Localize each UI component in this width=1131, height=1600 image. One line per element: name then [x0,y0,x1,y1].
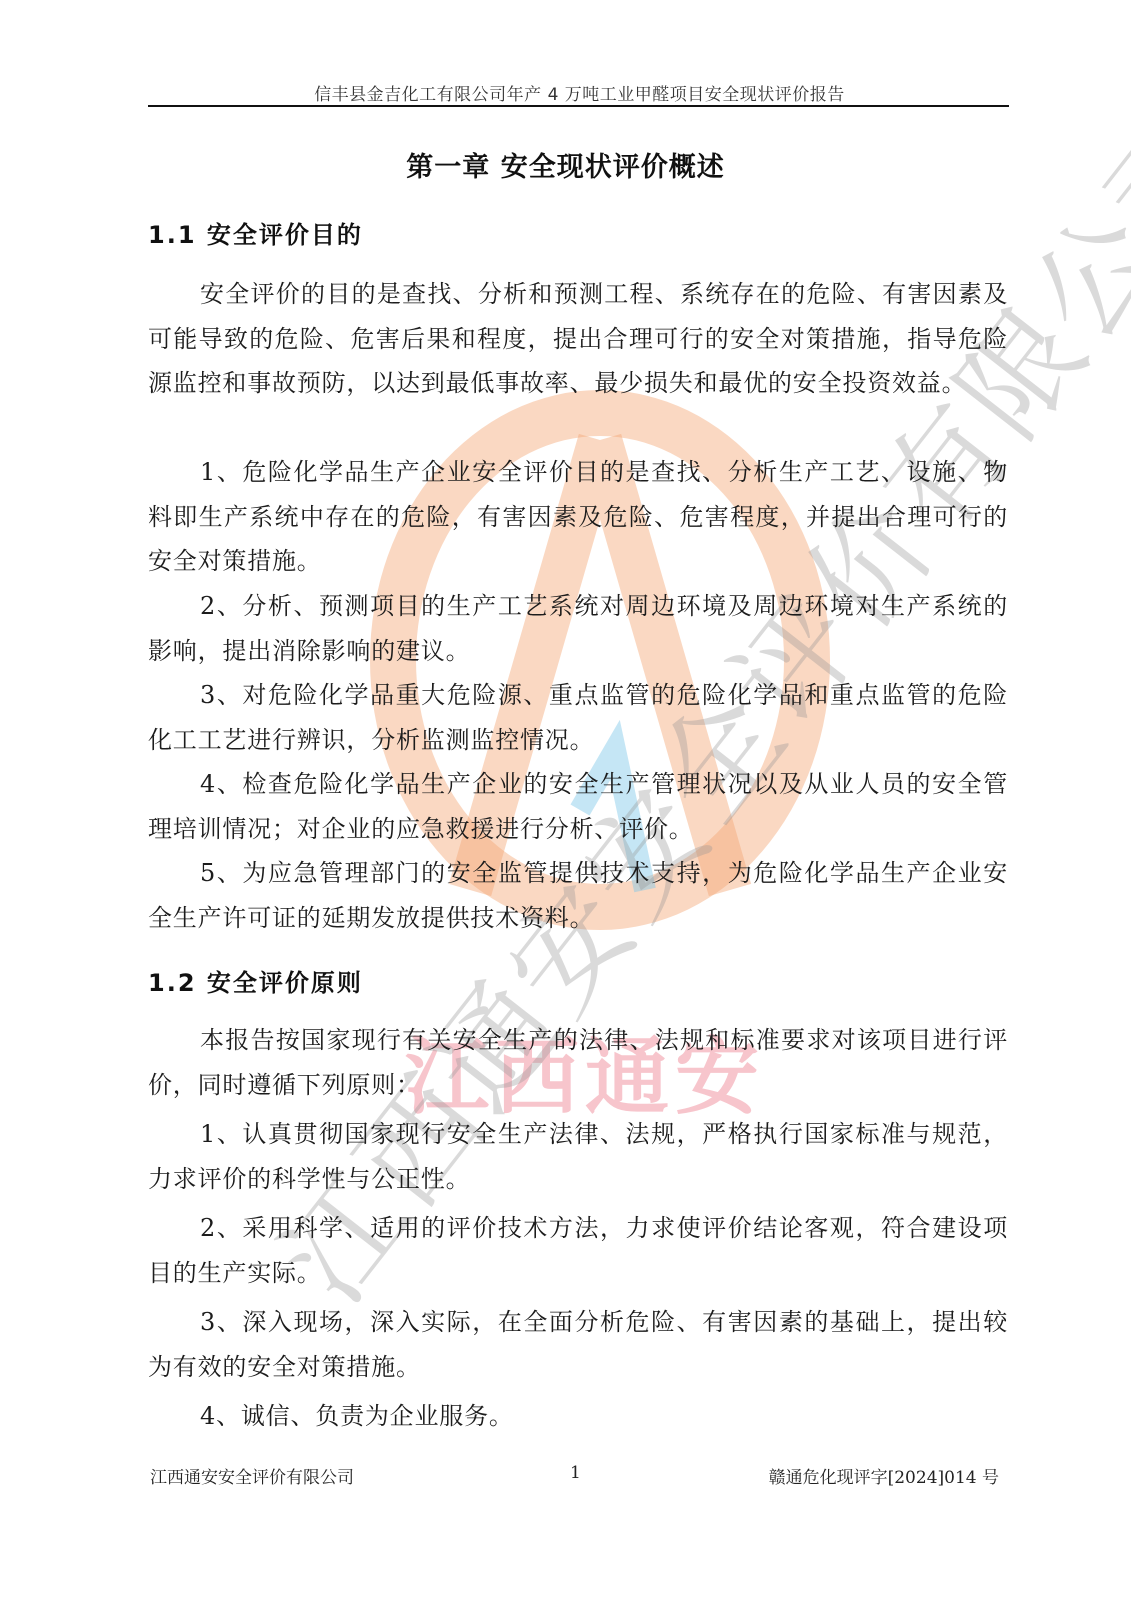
paragraph: 3、对危险化学品重大危险源、重点监管的危险化学品和重点监管的危险化工工艺进行辨识… [148,673,1008,762]
paragraph: 5、为应急管理部门的安全监管提供技术支持，为危险化学品生产企业安全生产许可证的延… [148,851,1008,940]
footer-document-number: 赣通危化现评字[2024]014 号 [769,1463,999,1488]
header-divider [148,105,1009,107]
running-header: 信丰县金吉化工有限公司年产 4 万吨工业甲醛项目安全现状评价报告 [150,80,1009,105]
paragraph: 1、危险化学品生产企业安全评价目的是查找、分析生产工艺、设施、物料即生产系统中存… [148,450,1008,584]
section-heading-1-2: 1.2 安全评价原则 [148,963,363,998]
paragraph: 2、分析、预测项目的生产工艺系统对周边环境及周边环境对生产系统的影响，提出消除影… [148,584,1008,673]
paragraph: 安全评价的目的是查找、分析和预测工程、系统存在的危险、有害因素及可能导致的危险、… [148,272,1008,406]
footer-company: 江西通安安全评价有限公司 [150,1463,354,1488]
paragraph: 4、检查危险化学品生产企业的安全生产管理状况以及从业人员的安全管理培训情况；对企… [148,762,1008,851]
paragraph: 1、认真贯彻国家现行安全生产法律、法规，严格执行国家标准与规范，力求评价的科学性… [148,1112,1008,1201]
document-page: 江西通安 江西通安安全评价有限公司 信丰县金吉化工有限公司年产 4 万吨工业甲醛… [0,0,1131,1600]
paragraph: 3、深入现场，深入实际，在全面分析危险、有害因素的基础上，提出较为有效的安全对策… [148,1300,1008,1389]
paragraph: 4、诚信、负责为企业服务。 [148,1394,1008,1439]
footer-page-number: 1 [570,1463,581,1483]
paragraph: 2、采用科学、适用的评价技术方法，力求使评价结论客观，符合建设项目的生产实际。 [148,1206,1008,1295]
chapter-title: 第一章 安全现状评价概述 [0,145,1131,184]
paragraph: 本报告按国家现行有关安全生产的法律、法规和标准要求对该项目进行评价，同时遵循下列… [148,1018,1008,1107]
section-heading-1-1: 1.1 安全评价目的 [148,215,363,250]
